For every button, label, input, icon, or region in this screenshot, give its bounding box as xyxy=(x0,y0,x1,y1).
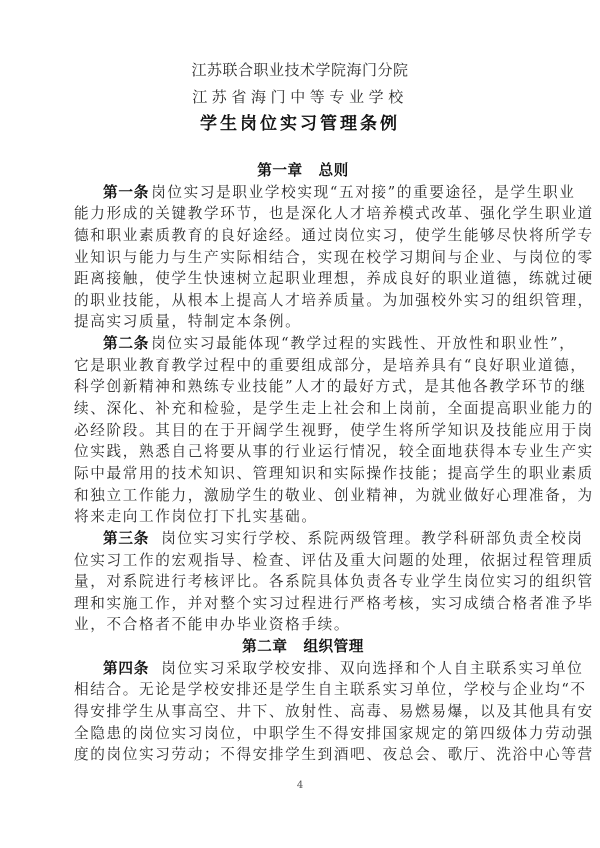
article-line: 际中最常用的技术知识、管理知识和实际操作技能；提高学生的职业素质 xyxy=(74,463,532,485)
article-first-line: 第二条岗位实习最能体现“教学过程的实践性、开放性和职业性”， xyxy=(74,333,532,355)
document-title: 学生岗位实习管理条例 xyxy=(0,113,600,135)
article-line: 科学创新精神和熟练专业技能”人才的最好方式，是其他各教学环节的继 xyxy=(74,376,532,398)
article-first-line: 第一条岗位实习是职业学校实现“五对接”的重要途径，是学生职业 xyxy=(74,182,532,204)
article-text: 岗位实习是职业学校实现“五对接”的重要途径，是学生职业 xyxy=(151,184,575,201)
article-label: 第二条 xyxy=(103,335,149,352)
chapter-heading: 第一章总则 xyxy=(74,160,532,182)
article-line: 量，对系院进行考核评比。各系院具体负责各专业学生岗位实习的组织管 xyxy=(74,571,532,593)
document-page: 江苏联合职业技术学院海门分院 江苏省海门中等专业学校 学生岗位实习管理条例 第一… xyxy=(0,0,600,848)
document-body: 第一章总则 第一条岗位实习是职业学校实现“五对接”的重要途径，是学生职业 能力形… xyxy=(74,160,532,766)
article-line: 必经阶段。其目的在于开阔学生视野，使学生将所学知识及技能应用于岗 xyxy=(74,420,532,442)
article-line: 业知识与能力与生产实际相结合，实现在校学习期间与企业、与岗位的零 xyxy=(74,247,532,269)
article-line: 它是职业教育教学过程中的重要组成部分，是培养具有“良好职业道德， xyxy=(74,355,532,377)
article-line: 位实习工作的宏观指导、检查、评估及重大问题的处理，依据过程管理质 xyxy=(74,550,532,572)
article-first-line: 第三条岗位实习实行学校、系院两级管理。教学科研部负责全校岗 xyxy=(74,528,532,550)
institution-name-line1: 江苏联合职业技术学院海门分院 xyxy=(0,60,600,80)
article-line: 提高实习质量，特制定本条例。 xyxy=(74,311,532,333)
article-line: 的职业技能，从根本上提高人才培养质量。为加强校外实习的组织管理， xyxy=(74,290,532,312)
chapter-heading: 第二章组织管理 xyxy=(74,636,532,658)
article-line: 全隐患的岗位实习岗位，中职学生不得安排国家规定的第四级体力劳动强 xyxy=(74,723,532,745)
article-line: 能力形成的关键教学环节，也是深化人才培养模式改革、强化学生职业道 xyxy=(74,203,532,225)
article-line: 业，不合格者不能申办毕业资格手续。 xyxy=(74,614,532,636)
article-text: 岗位实习实行学校、系院两级管理。教学科研部负责全校岗 xyxy=(161,530,583,547)
article-line: 续、深化、补充和检验，是学生走上社会和上岗前，全面提高职业能力的 xyxy=(74,398,532,420)
article-line: 理和实施工作，并对整个实习过程进行严格考核，实习成绩合格者准予毕 xyxy=(74,593,532,615)
article-label: 第三条 xyxy=(103,530,149,547)
article-label: 第一条 xyxy=(103,184,149,201)
article-line: 度的岗位实习劳动；不得安排学生到酒吧、夜总会、歌厅、洗浴中心等营 xyxy=(74,744,532,766)
article-line: 位实践，熟悉自己将要从事的行业运行情况，较全面地获得本专业生产实 xyxy=(74,441,532,463)
article-text: 岗位实习最能体现“教学过程的实践性、开放性和职业性”， xyxy=(151,335,575,352)
article-label: 第四条 xyxy=(103,660,149,677)
article-line: 将来走向工作岗位打下扎实基础。 xyxy=(74,506,532,528)
institution-name-line2: 江苏省海门中等专业学校 xyxy=(0,87,600,107)
article-first-line: 第四条岗位实习采取学校安排、双向选择和个人自主联系实习单位 xyxy=(74,658,532,680)
article-text: 岗位实习采取学校安排、双向选择和个人自主联系实习单位 xyxy=(161,660,583,677)
chapter-name: 总则 xyxy=(319,162,349,179)
article-line: 和独立工作能力，激励学生的敬业、创业精神，为就业做好心理准备，为 xyxy=(74,485,532,507)
article-line: 相结合。无论是学校安排还是学生自主联系实习单位，学校与企业均“不 xyxy=(74,679,532,701)
article-line: 德和职业素质教育的良好途经。通过岗位实习，使学生能够尽快将所学专 xyxy=(74,225,532,247)
chapter-number: 第一章 xyxy=(257,162,302,179)
chapter-name: 组织管理 xyxy=(303,638,363,655)
page-number: 4 xyxy=(0,780,600,791)
article-line: 距离接触，使学生快速树立起职业理想，养成良好的职业道德，练就过硬 xyxy=(74,268,532,290)
article-line: 得安排学生从事高空、井下、放射性、高毒、易燃易爆，以及其他具有安 xyxy=(74,701,532,723)
chapter-number: 第二章 xyxy=(242,638,287,655)
